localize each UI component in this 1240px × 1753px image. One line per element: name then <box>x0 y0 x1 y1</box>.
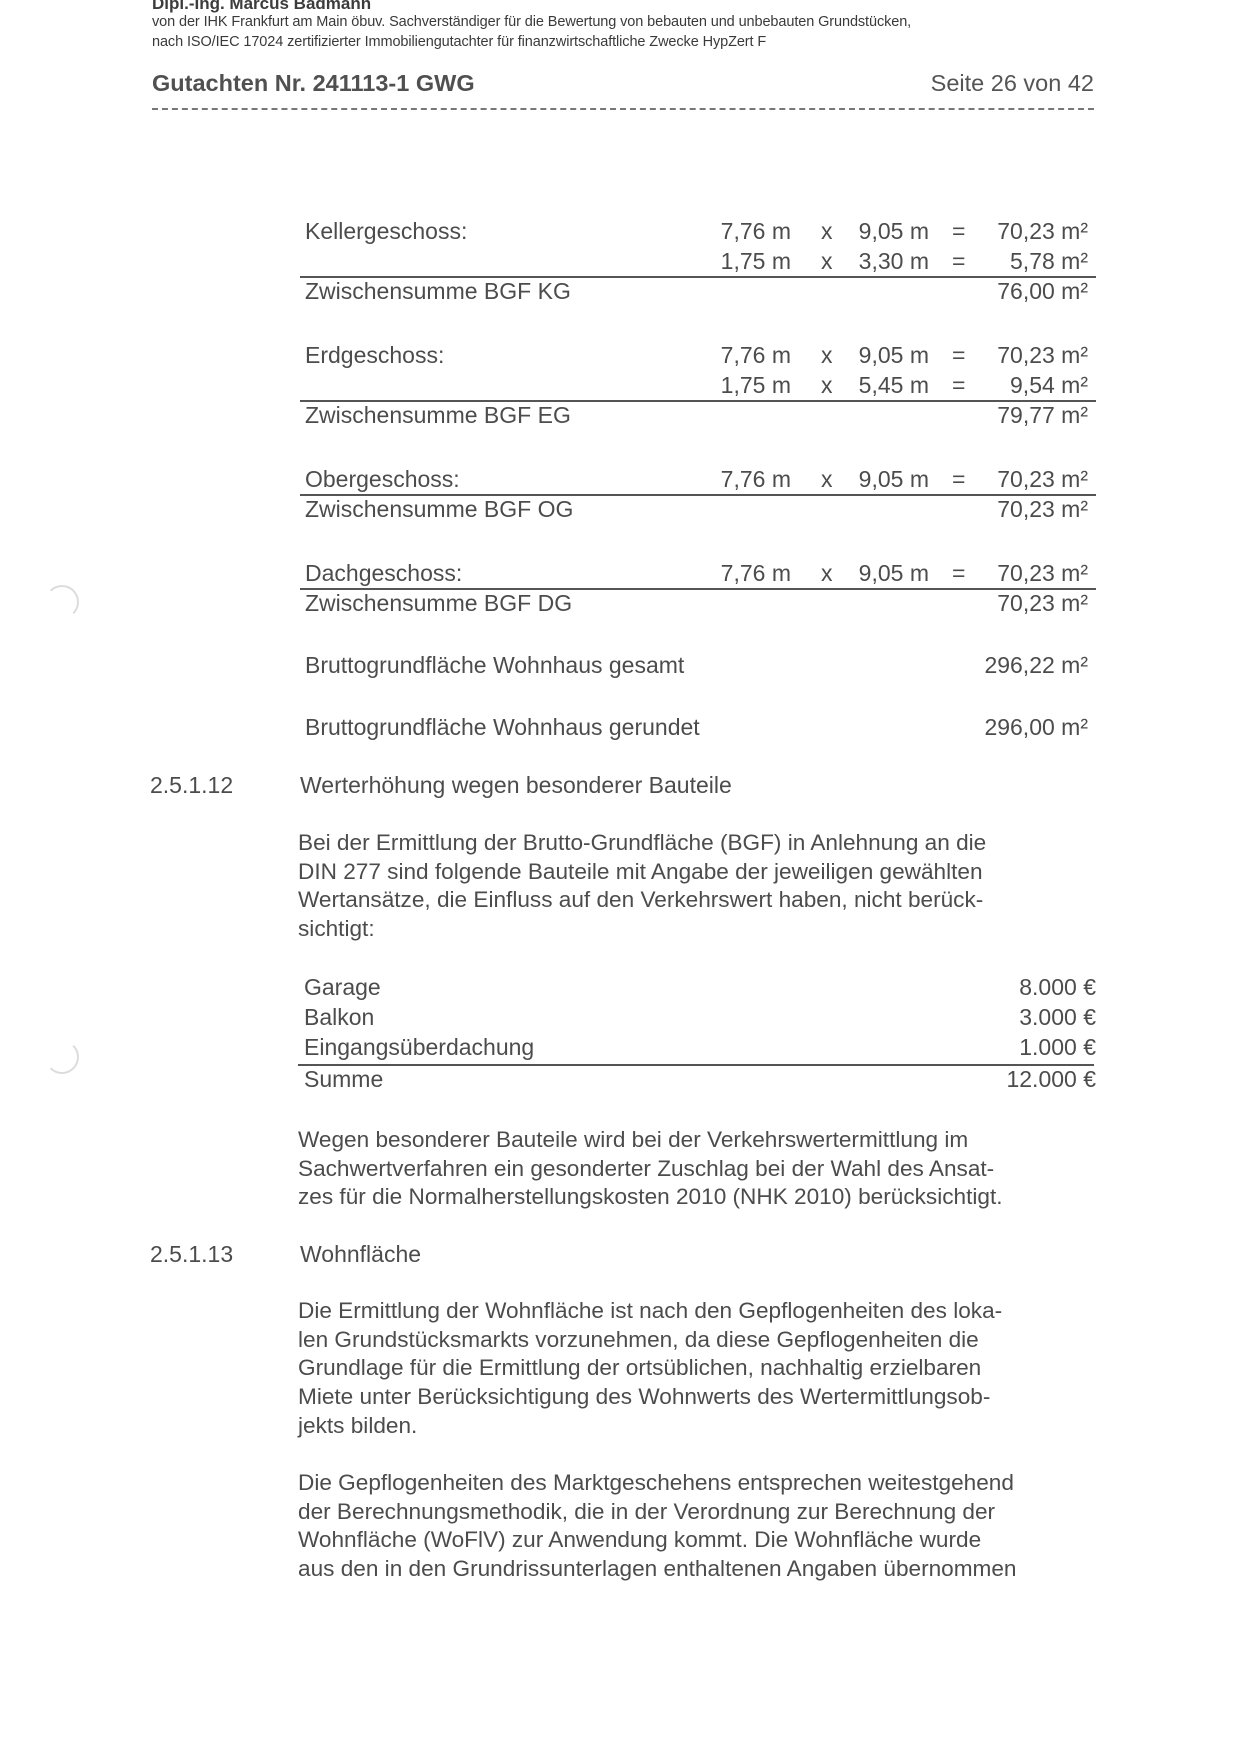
item-value: 3.000 € <box>1019 1004 1096 1031</box>
factor-b: 9,05 m <box>859 342 929 369</box>
section-title: Wohnfläche <box>300 1241 421 1268</box>
rounded-total-label: Bruttogrundfläche Wohnhaus gerundet <box>305 714 700 741</box>
text-line: sichtigt: <box>298 915 1098 944</box>
table-row: Dachgeschoss: 7,76 m x 9,05 m = 70,23 m² <box>305 560 1096 590</box>
floor-label: Obergeschoss: <box>305 466 460 493</box>
floor-label: Dachgeschoss: <box>305 560 462 587</box>
factor-a: 7,76 m <box>721 218 791 245</box>
text-line: Wegen besonderer Bauteile wird bei der V… <box>298 1126 1098 1155</box>
equals-sign: = <box>952 218 965 245</box>
total-label: Bruttogrundfläche Wohnhaus gesamt <box>305 652 684 679</box>
times-sign: x <box>821 248 833 275</box>
item-label: Eingangsüberdachung <box>304 1034 534 1061</box>
list-item: Garage 8.000 € <box>304 974 1096 1004</box>
table-row: Erdgeschoss: 7,76 m x 9,05 m = 70,23 m² <box>305 342 1096 372</box>
subtotal-label: Zwischensumme BGF KG <box>305 278 571 305</box>
total-value: 296,22 m² <box>984 652 1088 679</box>
sum-value: 12.000 € <box>1006 1066 1096 1093</box>
report-title: Gutachten Nr. 241113-1 GWG <box>152 70 475 97</box>
times-sign: x <box>821 372 833 399</box>
author-credentials-line-2: nach ISO/IEC 17024 zertifizierter Immobi… <box>152 34 766 50</box>
equals-sign: = <box>952 342 965 369</box>
text-line: Die Gepflogenheiten des Marktgeschehens … <box>298 1469 1098 1498</box>
factor-b: 5,45 m <box>859 372 929 399</box>
factor-a: 7,76 m <box>721 560 791 587</box>
item-label: Balkon <box>304 1004 374 1031</box>
area-result: 70,23 m² <box>997 560 1088 587</box>
table-row: 1,75 m x 3,30 m = 5,78 m² <box>305 248 1096 278</box>
subtotal-value: 79,77 m² <box>997 402 1088 429</box>
subtotal-label: Zwischensumme BGF OG <box>305 496 573 523</box>
punch-hole-mark <box>45 1040 79 1074</box>
times-sign: x <box>821 560 833 587</box>
factor-b: 3,30 m <box>859 248 929 275</box>
factor-a: 7,76 m <box>721 466 791 493</box>
text-line: Sachwertverfahren ein gesonderter Zuschl… <box>298 1155 1098 1184</box>
area-result: 70,23 m² <box>997 218 1088 245</box>
author-name: Dipl.-Ing. Marcus Badmann <box>152 0 371 14</box>
subtotal-value: 76,00 m² <box>997 278 1088 305</box>
area-result: 5,78 m² <box>1010 248 1088 275</box>
author-credentials-line-1: von der IHK Frankfurt am Main öbuv. Sach… <box>152 14 911 30</box>
subtotal-row: Zwischensumme BGF OG 70,23 m² <box>305 496 1096 526</box>
factor-b: 9,05 m <box>859 466 929 493</box>
living-area-paragraph-1: Die Ermittlung der Wohnfläche ist nach d… <box>298 1297 1098 1441</box>
subtotal-row: Zwischensumme BGF EG 79,77 m² <box>305 402 1096 432</box>
item-value: 1.000 € <box>1019 1034 1096 1061</box>
list-item: Balkon 3.000 € <box>304 1004 1096 1034</box>
floor-label: Kellergeschoss: <box>305 218 467 245</box>
rounded-total-row: Bruttogrundfläche Wohnhaus gerundet 296,… <box>305 714 1096 744</box>
sum-label: Summe <box>304 1066 383 1093</box>
item-value: 8.000 € <box>1019 974 1096 1001</box>
equals-sign: = <box>952 372 965 399</box>
subtotal-value: 70,23 m² <box>997 590 1088 617</box>
header-divider <box>152 108 1094 110</box>
subtotal-row: Zwischensumme BGF KG 76,00 m² <box>305 278 1096 308</box>
area-result: 70,23 m² <box>997 466 1088 493</box>
text-line: Die Ermittlung der Wohnfläche ist nach d… <box>298 1297 1098 1326</box>
text-line: der Berechnungsmethodik, die in der Vero… <box>298 1498 1098 1527</box>
text-line: Bei der Ermittlung der Brutto-Grundfläch… <box>298 829 1098 858</box>
table-row: 1,75 m x 5,45 m = 9,54 m² <box>305 372 1096 402</box>
text-line: aus den in den Grundrissunterlagen entha… <box>298 1555 1098 1584</box>
area-result: 70,23 m² <box>997 342 1088 369</box>
text-line: jekts bilden. <box>298 1412 1098 1441</box>
text-line: zes für die Normalherstellungskosten 201… <box>298 1183 1098 1212</box>
subtotal-label: Zwischensumme BGF EG <box>305 402 571 429</box>
equals-sign: = <box>952 248 965 275</box>
text-line: Grundlage für die Ermittlung der ortsübl… <box>298 1354 1098 1383</box>
section-intro-paragraph: Bei der Ermittlung der Brutto-Grundfläch… <box>298 829 1098 944</box>
living-area-paragraph-2: Die Gepflogenheiten des Marktgeschehens … <box>298 1469 1098 1584</box>
sum-row: Summe 12.000 € <box>304 1066 1096 1096</box>
floor-label: Erdgeschoss: <box>305 342 444 369</box>
area-result: 9,54 m² <box>1010 372 1088 399</box>
text-line: Miete unter Berücksichtigung des Wohnwer… <box>298 1383 1098 1412</box>
text-line: Wertansätze, die Einfluss auf den Verkeh… <box>298 886 1098 915</box>
subtotal-row: Zwischensumme BGF DG 70,23 m² <box>305 590 1096 620</box>
rounded-total-value: 296,00 m² <box>984 714 1088 741</box>
page-indicator: Seite 26 von 42 <box>931 70 1094 97</box>
punch-hole-mark <box>45 585 79 619</box>
section-closing-paragraph: Wegen besonderer Bauteile wird bei der V… <box>298 1126 1098 1212</box>
section-number: 2.5.1.12 <box>150 772 233 799</box>
equals-sign: = <box>952 560 965 587</box>
factor-a: 1,75 m <box>721 372 791 399</box>
text-line: DIN 277 sind folgende Bauteile mit Angab… <box>298 858 1098 887</box>
total-row: Bruttogrundfläche Wohnhaus gesamt 296,22… <box>305 652 1096 682</box>
times-sign: x <box>821 218 833 245</box>
text-line: Wohnfläche (WoFlV) zur Anwendung kommt. … <box>298 1526 1098 1555</box>
factor-a: 1,75 m <box>721 248 791 275</box>
subtotal-value: 70,23 m² <box>997 496 1088 523</box>
subtotal-label: Zwischensumme BGF DG <box>305 590 572 617</box>
factor-b: 9,05 m <box>859 560 929 587</box>
factor-a: 7,76 m <box>721 342 791 369</box>
times-sign: x <box>821 466 833 493</box>
table-row: Obergeschoss: 7,76 m x 9,05 m = 70,23 m² <box>305 466 1096 496</box>
times-sign: x <box>821 342 833 369</box>
equals-sign: = <box>952 466 965 493</box>
section-title: Werterhöhung wegen besonderer Bauteile <box>300 772 732 799</box>
factor-b: 9,05 m <box>859 218 929 245</box>
table-row: Kellergeschoss: 7,76 m x 9,05 m = 70,23 … <box>305 218 1096 248</box>
text-line: len Grundstücksmarkts vorzunehmen, da di… <box>298 1326 1098 1355</box>
item-label: Garage <box>304 974 381 1001</box>
list-item: Eingangsüberdachung 1.000 € <box>304 1034 1096 1064</box>
section-number: 2.5.1.13 <box>150 1241 233 1268</box>
